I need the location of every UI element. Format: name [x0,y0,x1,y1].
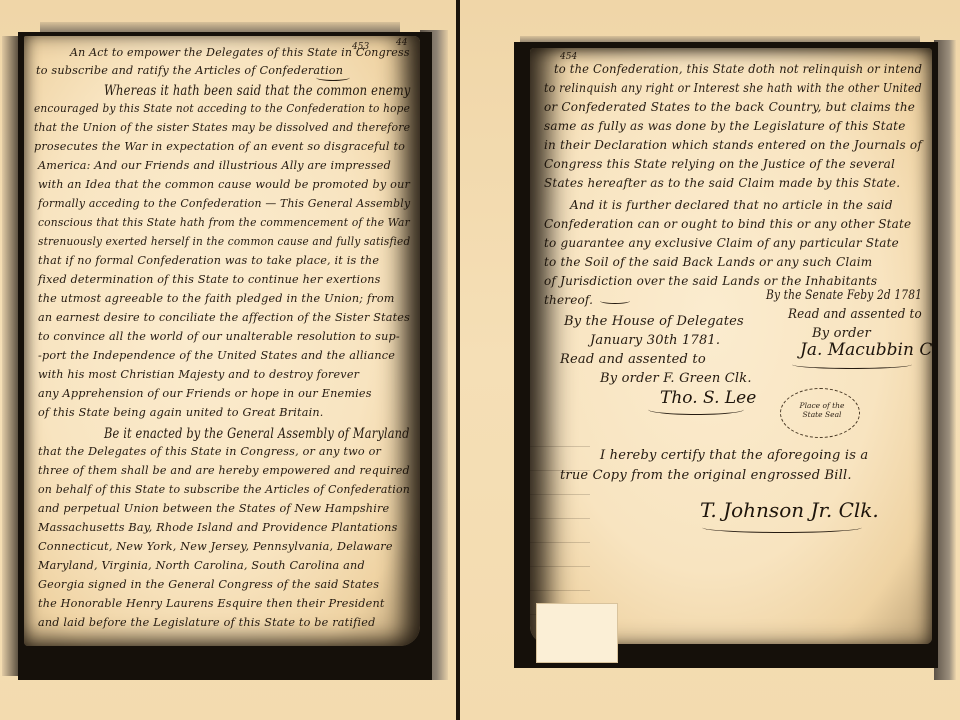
left-page-paper: 453 44 An Act to empower the Delegates o… [24,36,420,646]
enacting-clause: Be it enacted by the General Assembly of… [104,426,410,442]
text-line: Massachusetts Bay, Rhode Island and Prov… [38,521,398,534]
house-endorsement-line-1: By the House of Delegates [564,314,744,329]
page-divider [456,0,460,720]
text-line: and perpetual Union between the States o… [38,502,389,515]
house-endorsement-assent: Read and assented to [560,352,706,367]
house-endorsement-clerk: By order F. Green Clk. [600,371,752,386]
text-line: with his most Christian Majesty and to d… [38,368,359,381]
text-line: or Confederated States to the back Count… [544,100,915,114]
text-line: and laid before the Legislature of this … [38,616,375,629]
left-page: 453 44 An Act to empower the Delegates o… [18,32,432,680]
certifier-signature-flourish [702,522,862,533]
text-line: three of them shall be and are hereby em… [38,464,410,477]
text-line: an earnest desire to conciliate the affe… [38,311,410,324]
text-line: strenuously exerted herself in the commo… [38,235,410,248]
text-line: Confederation can or ought to bind this … [544,217,911,231]
title-line-2: to subscribe and ratify the Articles of … [36,64,343,77]
text-line: thereof. [544,293,593,307]
text-line: to convince all the world of our unalter… [38,330,400,343]
text-line: to the Soil of the said Back Lands or an… [544,255,872,269]
certifier-signature: T. Johnson Jr. Clk. [700,498,879,522]
text-line: that the Union of the sister States may … [34,121,410,134]
text-line: And it is further declared that no artic… [570,198,893,212]
seal-label: Place of the State Seal [789,401,855,419]
right-page: 454 to the Confederation, this State dot… [514,42,938,668]
certification-line-2: true Copy from the original engrossed Bi… [560,468,852,483]
text-line: -port the Independence of the United Sta… [38,349,395,362]
senate-endorsement-assent: Read and assented to [788,307,922,322]
senate-clerk-signature: Ja. Macubbin Clk. [800,340,932,360]
text-line: Connecticut, New York, New Jersey, Penns… [38,540,393,553]
text-line: America: And our Friends and illustrious… [38,159,391,172]
paper-patch [536,603,618,663]
text-line: to the Confederation, this State doth no… [554,62,922,76]
text-line: of this State being again united to Grea… [38,406,324,419]
text-line: the Honorable Henry Laurens Esquire then… [38,597,385,610]
certification-line-1: I hereby certify that the aforegoing is … [600,448,868,463]
page-number: 454 [560,52,577,62]
state-seal-placeholder: Place of the State Seal [780,388,860,438]
text-line: encouraged by this State not acceding to… [34,102,410,115]
paragraph-flourish [600,298,630,304]
text-line: States hereafter as to the said Claim ma… [544,176,900,190]
text-line: that if no formal Confederation was to t… [38,254,379,267]
senate-signature-flourish [792,360,912,369]
text-line: formally acceding to the Confederation —… [38,197,410,210]
preamble-line: Whereas it hath been said that the commo… [104,83,411,99]
house-endorsement-date: January 30th 1781. [590,333,720,348]
text-line: fixed determination of this State to con… [38,273,381,286]
text-line: Congress this State relying on the Justi… [544,157,895,171]
governor-signature-flourish [648,404,744,415]
text-line: Maryland, Virginia, North Carolina, Sout… [38,559,365,572]
title-line-1: An Act to empower the Delegates of this … [70,46,410,59]
right-page-paper: 454 to the Confederation, this State dot… [530,48,932,644]
text-line: Georgia signed in the General Congress o… [38,578,379,591]
text-line: same as fully as was done by the Legisla… [544,119,906,133]
text-line: to guarantee any exclusive Claim of any … [544,236,899,250]
title-flourish [316,74,350,81]
text-line: conscious that this State hath from the … [38,216,410,229]
text-line: the utmost agreeable to the faith pledge… [38,292,395,305]
text-line: that the Delegates of this State in Cong… [38,445,381,458]
senate-endorsement-line-1: By the Senate Feby 2d 1781 [766,288,922,303]
text-line: with an Idea that the common cause would… [38,178,410,191]
text-line: on behalf of this State to subscribe the… [38,483,410,496]
text-line: in their Declaration which stands entere… [544,138,922,152]
senate-endorsement-order: By order [812,326,871,341]
text-line: prosecutes the War in expectation of an … [34,140,405,153]
text-line: to relinquish any right or Interest she … [544,81,922,95]
text-line: of Jurisdiction over the said Lands or t… [544,274,877,288]
text-line: any Apprehension of our Friends or hope … [38,387,372,400]
